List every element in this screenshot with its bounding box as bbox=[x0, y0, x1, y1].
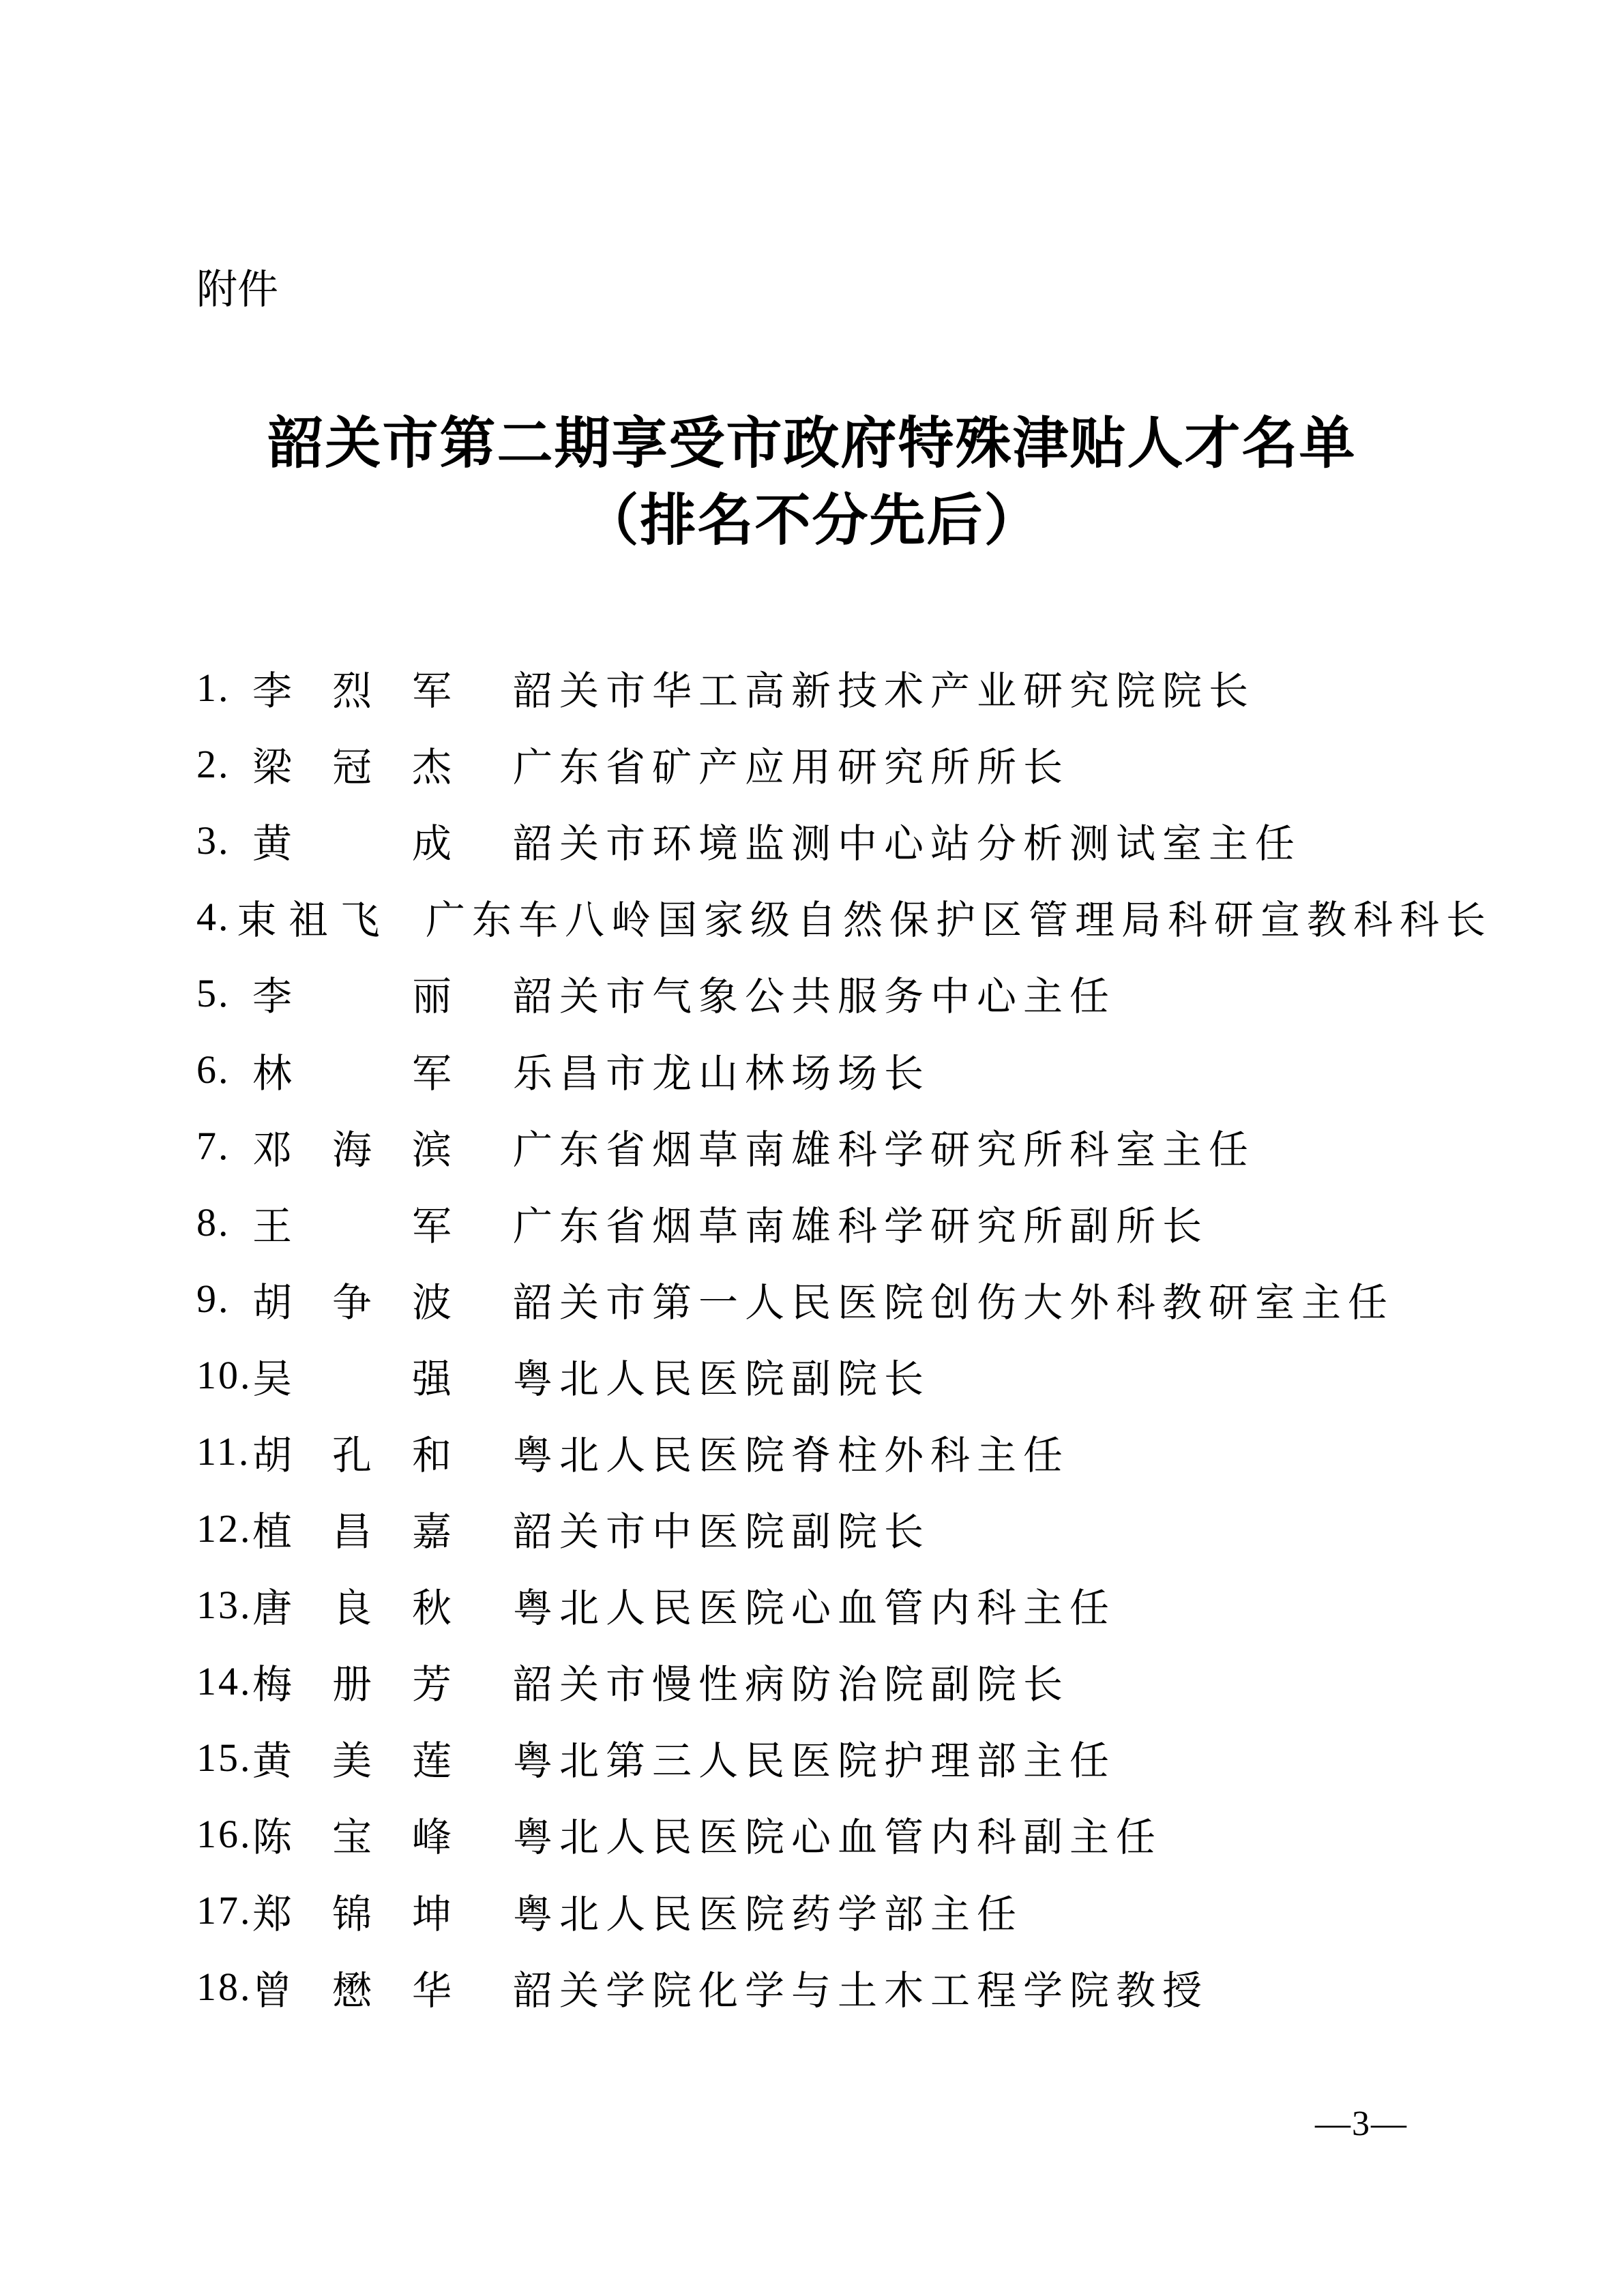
person-position: 韶关市中医院副院长 bbox=[513, 1500, 930, 1557]
list-item: 4. 束祖飞 广东车八岭国家级自然保护区管理局科研宣教科科长 bbox=[196, 878, 1492, 955]
list-item: 3. 黄 成 韶关市环境监测中心站分析测试室主任 bbox=[196, 802, 1492, 878]
list-item: 13. 唐良秋 粤北人民医院心血管内科主任 bbox=[196, 1566, 1492, 1643]
person-name: 王 军 bbox=[252, 1194, 457, 1251]
person-name: 梅册芳 bbox=[252, 1652, 457, 1710]
person-position: 粤北人民医院药学部主任 bbox=[513, 1882, 1023, 1939]
item-number: 11. bbox=[196, 1429, 252, 1474]
person-name: 束祖飞 bbox=[237, 888, 385, 945]
person-name: 邓海滨 bbox=[252, 1118, 457, 1175]
item-number: 16. bbox=[196, 1811, 252, 1857]
person-position: 广东车八岭国家级自然保护区管理局科研宣教科科长 bbox=[426, 888, 1492, 945]
list-item: 12. 植昌嘉 韶关市中医院副院长 bbox=[196, 1490, 1492, 1566]
person-position: 韶关学院化学与土木工程学院教授 bbox=[513, 1958, 1209, 2016]
item-number: 9. bbox=[196, 1276, 252, 1322]
person-name: 黄美莲 bbox=[252, 1729, 457, 1786]
person-name: 唐良秋 bbox=[252, 1576, 457, 1633]
document-title: 韶关市第二期享受市政府特殊津贴人才名单 bbox=[0, 409, 1624, 477]
list-item: 1. 李烈军 韶关市华工高新技术产业研究院院长 bbox=[196, 649, 1492, 726]
person-name: 陈宝峰 bbox=[252, 1805, 457, 1862]
list-item: 2. 梁冠杰 广东省矿产应用研究所所长 bbox=[196, 726, 1492, 802]
item-number: 18. bbox=[196, 1964, 252, 2010]
person-position: 广东省烟草南雄科学研究所科室主任 bbox=[513, 1118, 1255, 1175]
item-number: 4. bbox=[196, 894, 237, 940]
person-name: 梁冠杰 bbox=[252, 735, 457, 792]
list-item: 11. 胡孔和 粤北人民医院脊柱外科主任 bbox=[196, 1414, 1492, 1490]
item-number: 6. bbox=[196, 1047, 252, 1092]
person-name: 胡孔和 bbox=[252, 1423, 457, 1480]
list-item: 10. 吴 强 粤北人民医院副院长 bbox=[196, 1337, 1492, 1414]
person-name: 胡争波 bbox=[252, 1270, 457, 1328]
person-position: 韶关市慢性病防治院副院长 bbox=[513, 1652, 1069, 1710]
list-item: 8. 王 军 广东省烟草南雄科学研究所副所长 bbox=[196, 1184, 1492, 1261]
list-item: 14. 梅册芳 韶关市慢性病防治院副院长 bbox=[196, 1643, 1492, 1719]
person-position: 韶关市第一人民医院创伤大外科教研室主任 bbox=[513, 1270, 1394, 1328]
person-position: 韶关市气象公共服务中心主任 bbox=[513, 964, 1116, 1022]
list-item: 7. 邓海滨 广东省烟草南雄科学研究所科室主任 bbox=[196, 1108, 1492, 1184]
list-item: 17. 郑锦坤 粤北人民医院药学部主任 bbox=[196, 1873, 1492, 1949]
person-position: 粤北人民医院副院长 bbox=[513, 1347, 930, 1404]
person-position: 乐昌市龙山林场场长 bbox=[513, 1041, 930, 1099]
talent-roster-list: 1. 李烈军 韶关市华工高新技术产业研究院院长 2. 梁冠杰 广东省矿产应用研究… bbox=[196, 649, 1492, 2025]
person-name: 黄 成 bbox=[252, 811, 457, 869]
item-number: 2. bbox=[196, 741, 252, 787]
person-position: 韶关市华工高新技术产业研究院院长 bbox=[513, 659, 1255, 716]
list-item: 9. 胡争波 韶关市第一人民医院创伤大外科教研室主任 bbox=[196, 1261, 1492, 1337]
attachment-label: 附件 bbox=[196, 263, 278, 317]
person-name: 曾懋华 bbox=[252, 1958, 457, 2016]
item-number: 17. bbox=[196, 1888, 252, 1933]
item-number: 3. bbox=[196, 818, 252, 863]
item-number: 10. bbox=[196, 1352, 252, 1398]
person-name: 郑锦坤 bbox=[252, 1882, 457, 1939]
page-number: —3— bbox=[1315, 2104, 1408, 2145]
item-number: 1. bbox=[196, 665, 252, 711]
item-number: 8. bbox=[196, 1199, 252, 1245]
person-position: 粤北第三人民医院护理部主任 bbox=[513, 1729, 1116, 1786]
list-item: 16. 陈宝峰 粤北人民医院心血管内科副主任 bbox=[196, 1795, 1492, 1872]
person-position: 粤北人民医院心血管内科副主任 bbox=[513, 1805, 1162, 1862]
person-name: 吴 强 bbox=[252, 1347, 457, 1404]
person-name: 植昌嘉 bbox=[252, 1500, 457, 1557]
item-number: 13. bbox=[196, 1582, 252, 1628]
item-number: 5. bbox=[196, 970, 252, 1016]
person-position: 韶关市环境监测中心站分析测试室主任 bbox=[513, 811, 1301, 869]
person-name: 林 军 bbox=[252, 1041, 457, 1099]
list-item: 15. 黄美莲 粤北第三人民医院护理部主任 bbox=[196, 1719, 1492, 1795]
item-number: 15. bbox=[196, 1735, 252, 1780]
person-position: 粤北人民医院脊柱外科主任 bbox=[513, 1423, 1069, 1480]
person-position: 广东省烟草南雄科学研究所副所长 bbox=[513, 1194, 1209, 1251]
list-item: 18. 曾懋华 韶关学院化学与土木工程学院教授 bbox=[196, 1949, 1492, 2025]
person-position: 广东省矿产应用研究所所长 bbox=[513, 735, 1069, 792]
list-item: 6. 林 军 乐昌市龙山林场场长 bbox=[196, 1031, 1492, 1107]
person-name: 李 丽 bbox=[252, 964, 457, 1022]
person-name: 李烈军 bbox=[252, 659, 457, 716]
document-subtitle: （排名不分先后） bbox=[0, 486, 1624, 554]
item-number: 12. bbox=[196, 1506, 252, 1551]
item-number: 7. bbox=[196, 1123, 252, 1169]
list-item: 5. 李 丽 韶关市气象公共服务中心主任 bbox=[196, 955, 1492, 1031]
item-number: 14. bbox=[196, 1658, 252, 1704]
person-position: 粤北人民医院心血管内科主任 bbox=[513, 1576, 1116, 1633]
